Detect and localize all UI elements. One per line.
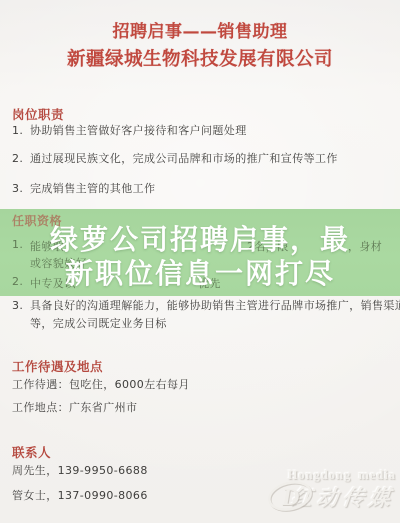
contact-entry-2: 管女士，137-0990-8066 xyxy=(12,487,148,503)
duty-2-number: 2. xyxy=(12,152,30,165)
duty-3-text: 完成销售主管的其他工作 xyxy=(30,182,155,195)
poster-title: 招聘启事——销售助理 xyxy=(0,17,400,42)
overlay-headline-line2: 新职位信息一网打尽 xyxy=(0,257,400,291)
watermark-logo-icon: D xyxy=(266,474,314,514)
contacts-heading: 联系人 xyxy=(12,443,51,461)
qual-item-3-number: 3. xyxy=(12,299,30,312)
duties-heading: 岗位职责 xyxy=(12,105,64,123)
qual-item-3-text: 具备良好的沟通理解能力，能够协助销售主管进行品牌市场推广，销售渠道拓展 xyxy=(30,299,400,312)
salary-line: 工作待遇：包吃住，6000左右每月 xyxy=(12,376,190,392)
headline-overlay-band: 任职资格 1. 能够歌 2名，限 ，身材 或容貌姣好 2. 中专及以 优先 绿萝… xyxy=(0,209,400,296)
duty-2-text: 通过展现民族文化，完成公司品牌和市场的推广和宣传等工作 xyxy=(30,152,338,165)
location-line: 工作地点：广东省广州市 xyxy=(12,399,137,415)
contact-entry-1: 周先生，139-9950-6688 xyxy=(12,462,148,478)
duty-item-3: 3.完成销售主管的其他工作 xyxy=(12,180,155,196)
overlay-headline: 绿萝公司招聘启事，最 新职位信息一网打尽 xyxy=(0,223,400,291)
duty-1-text: 协助销售主管做好客户接待和客户问题处理 xyxy=(30,124,247,137)
recruitment-poster: 招聘启事——销售助理 新疆绿城生物科技发展有限公司 岗位职责 1.协助销售主管做… xyxy=(0,0,400,523)
duty-3-number: 3. xyxy=(12,182,30,195)
duty-1-number: 1. xyxy=(12,124,30,137)
company-name: 新疆绿城生物科技发展有限公司 xyxy=(0,45,400,71)
duty-item-1: 1.协助销售主管做好客户接待和客户问题处理 xyxy=(12,122,247,138)
duty-item-2: 2.通过展现民族文化，完成公司品牌和市场的推广和宣传等工作 xyxy=(12,150,338,166)
qual-item-3-line2: 等，完成公司既定业务目标 xyxy=(30,315,167,331)
watermark-logo-letter: D xyxy=(281,485,299,511)
qual-item-3-line1: 3.具备良好的沟通理解能力，能够协助销售主管进行品牌市场推广，销售渠道拓展 xyxy=(12,297,400,313)
overlay-headline-line1: 绿萝公司招聘启事，最 xyxy=(0,223,400,257)
benefits-heading: 工作待遇及地点 xyxy=(12,357,103,375)
